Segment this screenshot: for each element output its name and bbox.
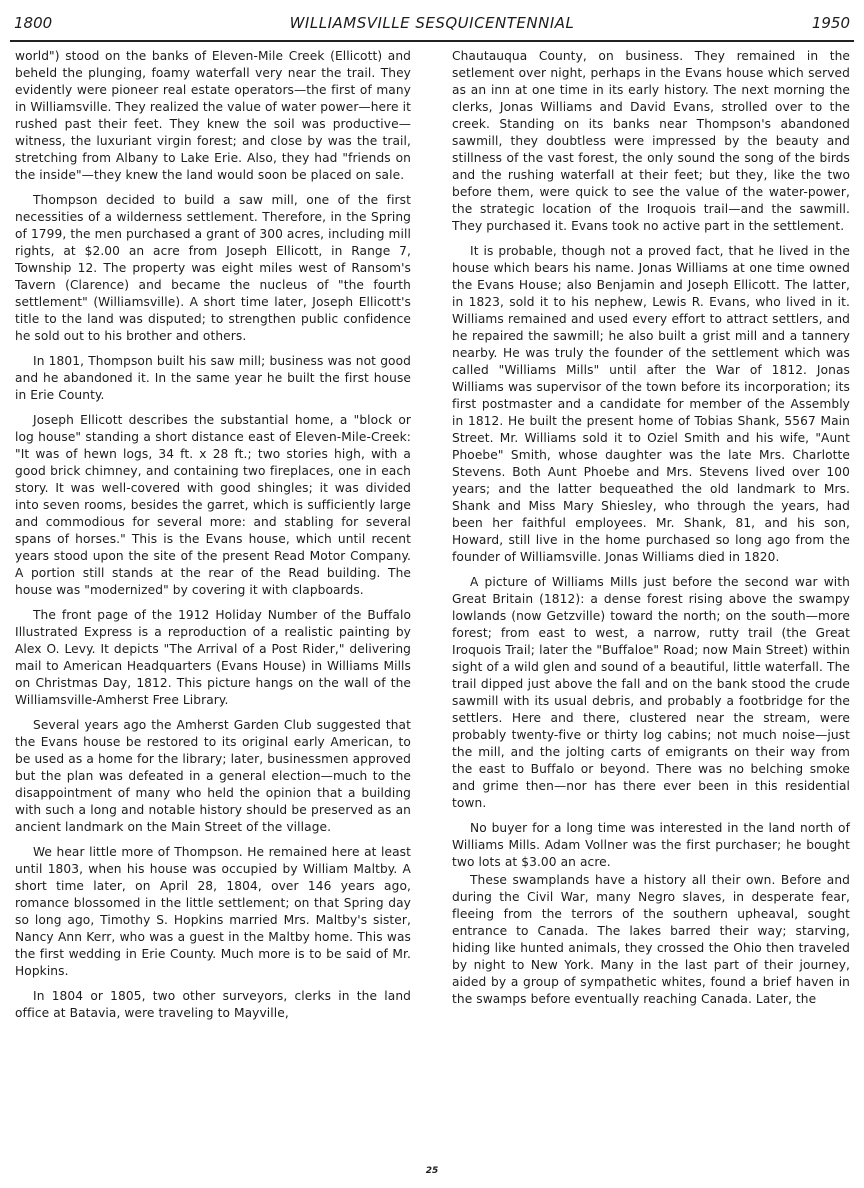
paragraph: In 1804 or 1805, two other surveyors, cl… — [15, 988, 411, 1022]
paragraph: It is probable, though not a proved fact… — [452, 243, 850, 566]
paragraph: world") stood on the banks of Eleven-Mil… — [15, 48, 411, 184]
paragraph: Joseph Ellicott describes the substantia… — [15, 412, 411, 599]
paragraph: We hear little more of Thompson. He rema… — [15, 844, 411, 980]
paragraph: The front page of the 1912 Holiday Numbe… — [15, 607, 411, 709]
header-year-end: 1950 — [812, 14, 850, 32]
right-column: Chautauqua County, on business. They rem… — [452, 48, 850, 1016]
paragraph: No buyer for a long time was interested … — [452, 820, 850, 871]
page-number: 25 — [0, 1166, 864, 1176]
paragraph: Chautauqua County, on business. They rem… — [452, 48, 850, 235]
paragraph: A picture of Williams Mills just before … — [452, 574, 850, 812]
paragraph: Several years ago the Amherst Garden Clu… — [15, 717, 411, 836]
left-column: world") stood on the banks of Eleven-Mil… — [15, 48, 411, 1030]
header-title: WILLIAMSVILLE SESQUICENTENNIAL — [14, 14, 850, 32]
paragraph: Thompson decided to build a saw mill, on… — [15, 192, 411, 345]
header-rule — [10, 40, 854, 42]
running-header: 1800 WILLIAMSVILLE SESQUICENTENNIAL 1950 — [14, 14, 850, 36]
paragraph: These swamplands have a history all thei… — [452, 872, 850, 1008]
paragraph: In 1801, Thompson built his saw mill; bu… — [15, 353, 411, 404]
